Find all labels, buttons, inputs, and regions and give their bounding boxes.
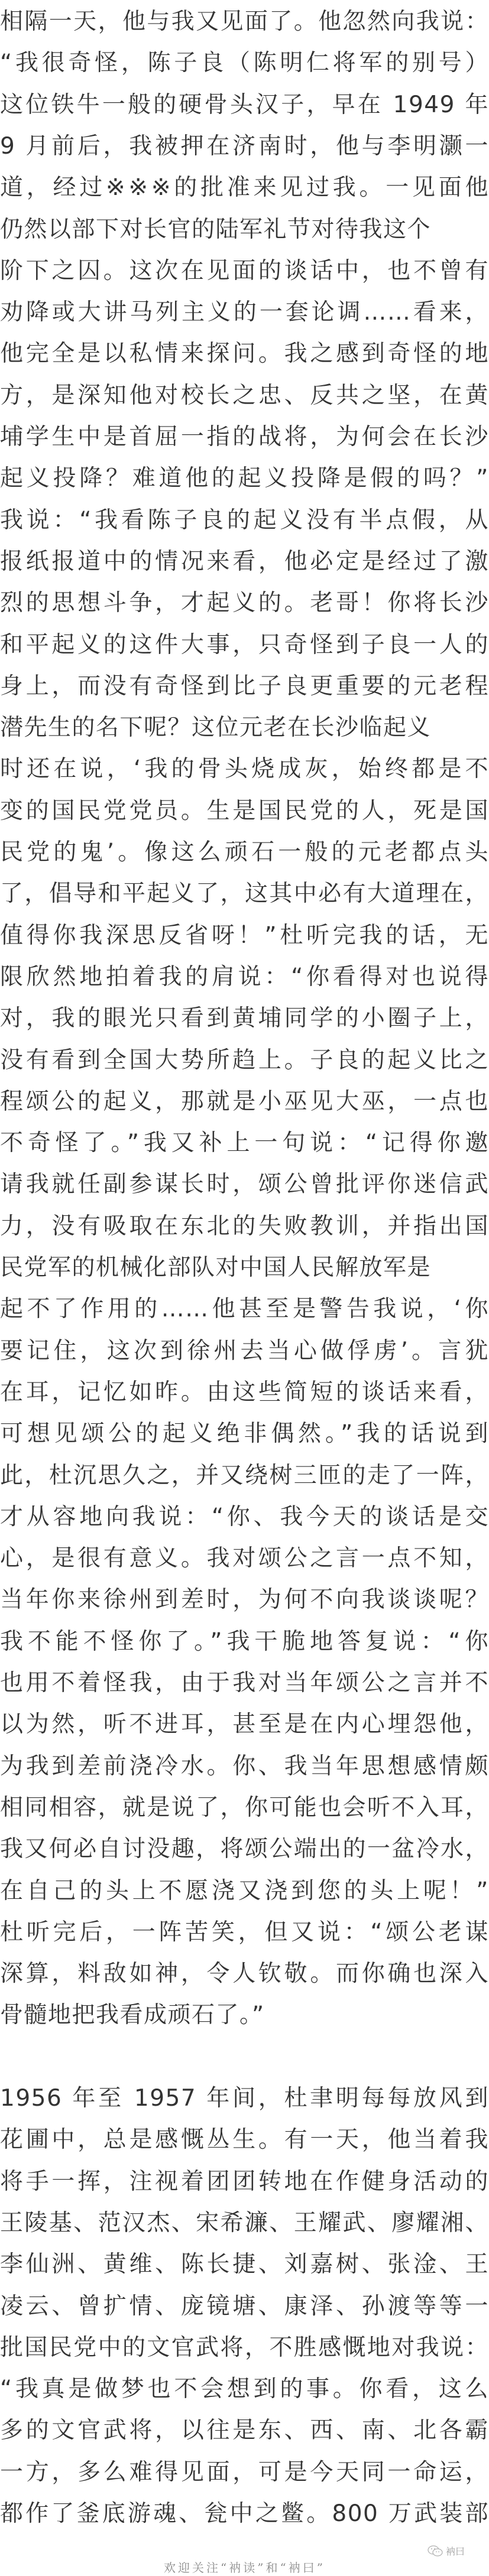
text-line: 身上，而没有奇怪到比子良更重要的元老程 bbox=[0, 666, 489, 707]
text-line: 不奇怪了。”我又补上一句说：“记得你邀 bbox=[0, 1123, 489, 1164]
follow-caption: 欢迎关注“衲读”和“衲曰” bbox=[0, 2558, 489, 2575]
text-line: 凌云、曾扩情、庞镜塘、康泽、孙渡等等一 bbox=[0, 2286, 489, 2327]
text-line: 民党军的机械化部队对中国人民解放军是 bbox=[0, 1247, 489, 1289]
text-line: 将手一挥，注视着团团转地在作健身活动的 bbox=[0, 2161, 489, 2203]
text-line: 程颂公的起义，那就是小巫见大巫，一点也 bbox=[0, 1081, 489, 1123]
text-line: 限欣然地拍着我的肩说：“你看得对也说得 bbox=[0, 957, 489, 998]
text-line: 王陵基、范汉杰、宋希濂、王耀武、廖耀湘、 bbox=[0, 2203, 489, 2244]
text-line: 请我就任副参谋长时，颂公曾批评你迷信武 bbox=[0, 1164, 489, 1205]
text-line: “我很奇怪，陈子良（陈明仁将军的别号） bbox=[0, 43, 489, 84]
paragraph-break bbox=[0, 2037, 489, 2078]
text-line: 变的国民党党员。生是国民党的人，死是国 bbox=[0, 791, 489, 832]
text-line: 值得你我深思反省呀！”杜听完我的话，无 bbox=[0, 915, 489, 957]
text-line: 骨髓地把我看成顽石了。” bbox=[0, 1995, 489, 2036]
text-line: 我不能不怪你了。”我干脆地答复说：“你 bbox=[0, 1621, 489, 1663]
text-line: 这位铁牛一般的硬骨头汉子，早在 1949 年 bbox=[0, 84, 489, 126]
text-line: 杜听完后，一阵苦笑，但又说：“颂公老谋 bbox=[0, 1912, 489, 1953]
text-line: 都作了釜底游魂、瓮中之鳖。800 万武装部 bbox=[0, 2493, 489, 2535]
text-line: 9 月前后，我被押在济南时，他与李明灏一 bbox=[0, 126, 489, 167]
wechat-icon bbox=[427, 2545, 443, 2558]
text-line: 埔学生中是首屈一指的战将，为何会在长沙 bbox=[0, 417, 489, 458]
text-line: 烈的思想斗争，才起义的。老哥！你将长沙 bbox=[0, 583, 489, 624]
text-line: 才从容地向我说：“你、我今天的谈话是交 bbox=[0, 1497, 489, 1538]
text-line: 力，没有吸取在东北的失败教训，并指出国 bbox=[0, 1206, 489, 1247]
text-line: 一方，多么难得见面，可是今天同一命运， bbox=[0, 2452, 489, 2493]
text-line: 李仙洲、黄维、陈长捷、刘嘉树、张淦、王 bbox=[0, 2244, 489, 2285]
text-line: 阶下之囚。这次在见面的谈话中，也不曾有 bbox=[0, 251, 489, 292]
text-line: 报纸报道中的情况来看，他必定是经过了激 bbox=[0, 541, 489, 583]
text-line: 相同相容，就是说了，你可能也会听不入耳， bbox=[0, 1787, 489, 1829]
text-line: 道，经过※※※的批准来见过我。一见面他 bbox=[0, 167, 489, 209]
text-line: 此，杜沉思久之，并又绕树三匝的走了一阵， bbox=[0, 1455, 489, 1497]
text-line: 以为然，听不进耳，甚至是在内心埋怨他， bbox=[0, 1704, 489, 1745]
text-line: 在耳，记忆如昨。由这些简短的谈话来看， bbox=[0, 1372, 489, 1413]
text-line: 和平起义的这件大事，只奇怪到子良一人的 bbox=[0, 625, 489, 666]
text-line: 起义投降？难道他的起义投降是假的吗？” bbox=[0, 458, 489, 499]
text-line: 他完全是以私情来探问。我之感到奇怪的地 bbox=[0, 333, 489, 375]
text-line: 起不了作用的……他甚至是警告我说，‘你 bbox=[0, 1289, 489, 1330]
text-line: 心，是很有意义。我对颂公之言一点不知， bbox=[0, 1538, 489, 1579]
text-line: 可想见颂公的起义绝非偶然。”我的话说到 bbox=[0, 1413, 489, 1455]
text-line: 要记住，这次到徐州去当心做俘虏’。言犹 bbox=[0, 1331, 489, 1372]
text-line: 时还在说，‘我的骨头烧成灰，始终都是不 bbox=[0, 749, 489, 790]
text-line: 我又何必自讨没趣，将颂公端出的一盆冷水， bbox=[0, 1829, 489, 1870]
text-line: 潜先生的名下呢？这位元老在长沙临起义 bbox=[0, 707, 489, 749]
watermark-label: 衲曰 bbox=[446, 2544, 465, 2558]
text-line: 没有看到全国大势所趋上。子良的起义比之 bbox=[0, 1040, 489, 1081]
text-line: 仍然以部下对长官的陆军礼节对待我这个 bbox=[0, 209, 489, 251]
text-line: 深算，料敌如神，令人钦敬。而你确也深入 bbox=[0, 1953, 489, 1995]
text-line: 相隔一天，他与我又见面了。他忽然向我说： bbox=[0, 1, 489, 43]
text-line: “我真是做梦也不会想到的事。你看，这么 bbox=[0, 2369, 489, 2410]
text-line: 当年你来徐州到差时，为何不向我谈谈呢？ bbox=[0, 1579, 489, 1621]
text-line: 了，倡导和平起义了，这其中必有大道理在， bbox=[0, 873, 489, 915]
text-line: 对，我的眼光只看到黄埔同学的小圈子上， bbox=[0, 998, 489, 1039]
text-line: 花圃中，总是感慨丛生。有一天，他当着我 bbox=[0, 2119, 489, 2161]
text-line: 为我到差前浇冷水。你、我当年思想感情颇 bbox=[0, 1746, 489, 1787]
text-line: 在自己的头上不愿浇又浇到您的头上呢！” bbox=[0, 1871, 489, 1912]
text-line: 劝降或大讲马列主义的一套论调……看来， bbox=[0, 292, 489, 333]
text-line: 多的文官武将，以往是东、西、南、北各霸 bbox=[0, 2410, 489, 2451]
text-line: 批国民党中的文官武将，不胜感慨地对我说： bbox=[0, 2327, 489, 2369]
text-line: 也用不着怪我，由于我对当年颂公之言并不 bbox=[0, 1663, 489, 1704]
text-line: 1956 年至 1957 年间，杜聿明每每放风到 bbox=[0, 2078, 489, 2119]
wechat-watermark: 衲曰 bbox=[427, 2544, 465, 2558]
text-line: 我说：“我看陈子良的起义没有半点假，从 bbox=[0, 500, 489, 541]
text-line: 民党的鬼’。像这么顽石一般的元老都点头 bbox=[0, 832, 489, 873]
text-line: 方，是深知他对校长之忠、反共之坚，在黄 bbox=[0, 375, 489, 417]
